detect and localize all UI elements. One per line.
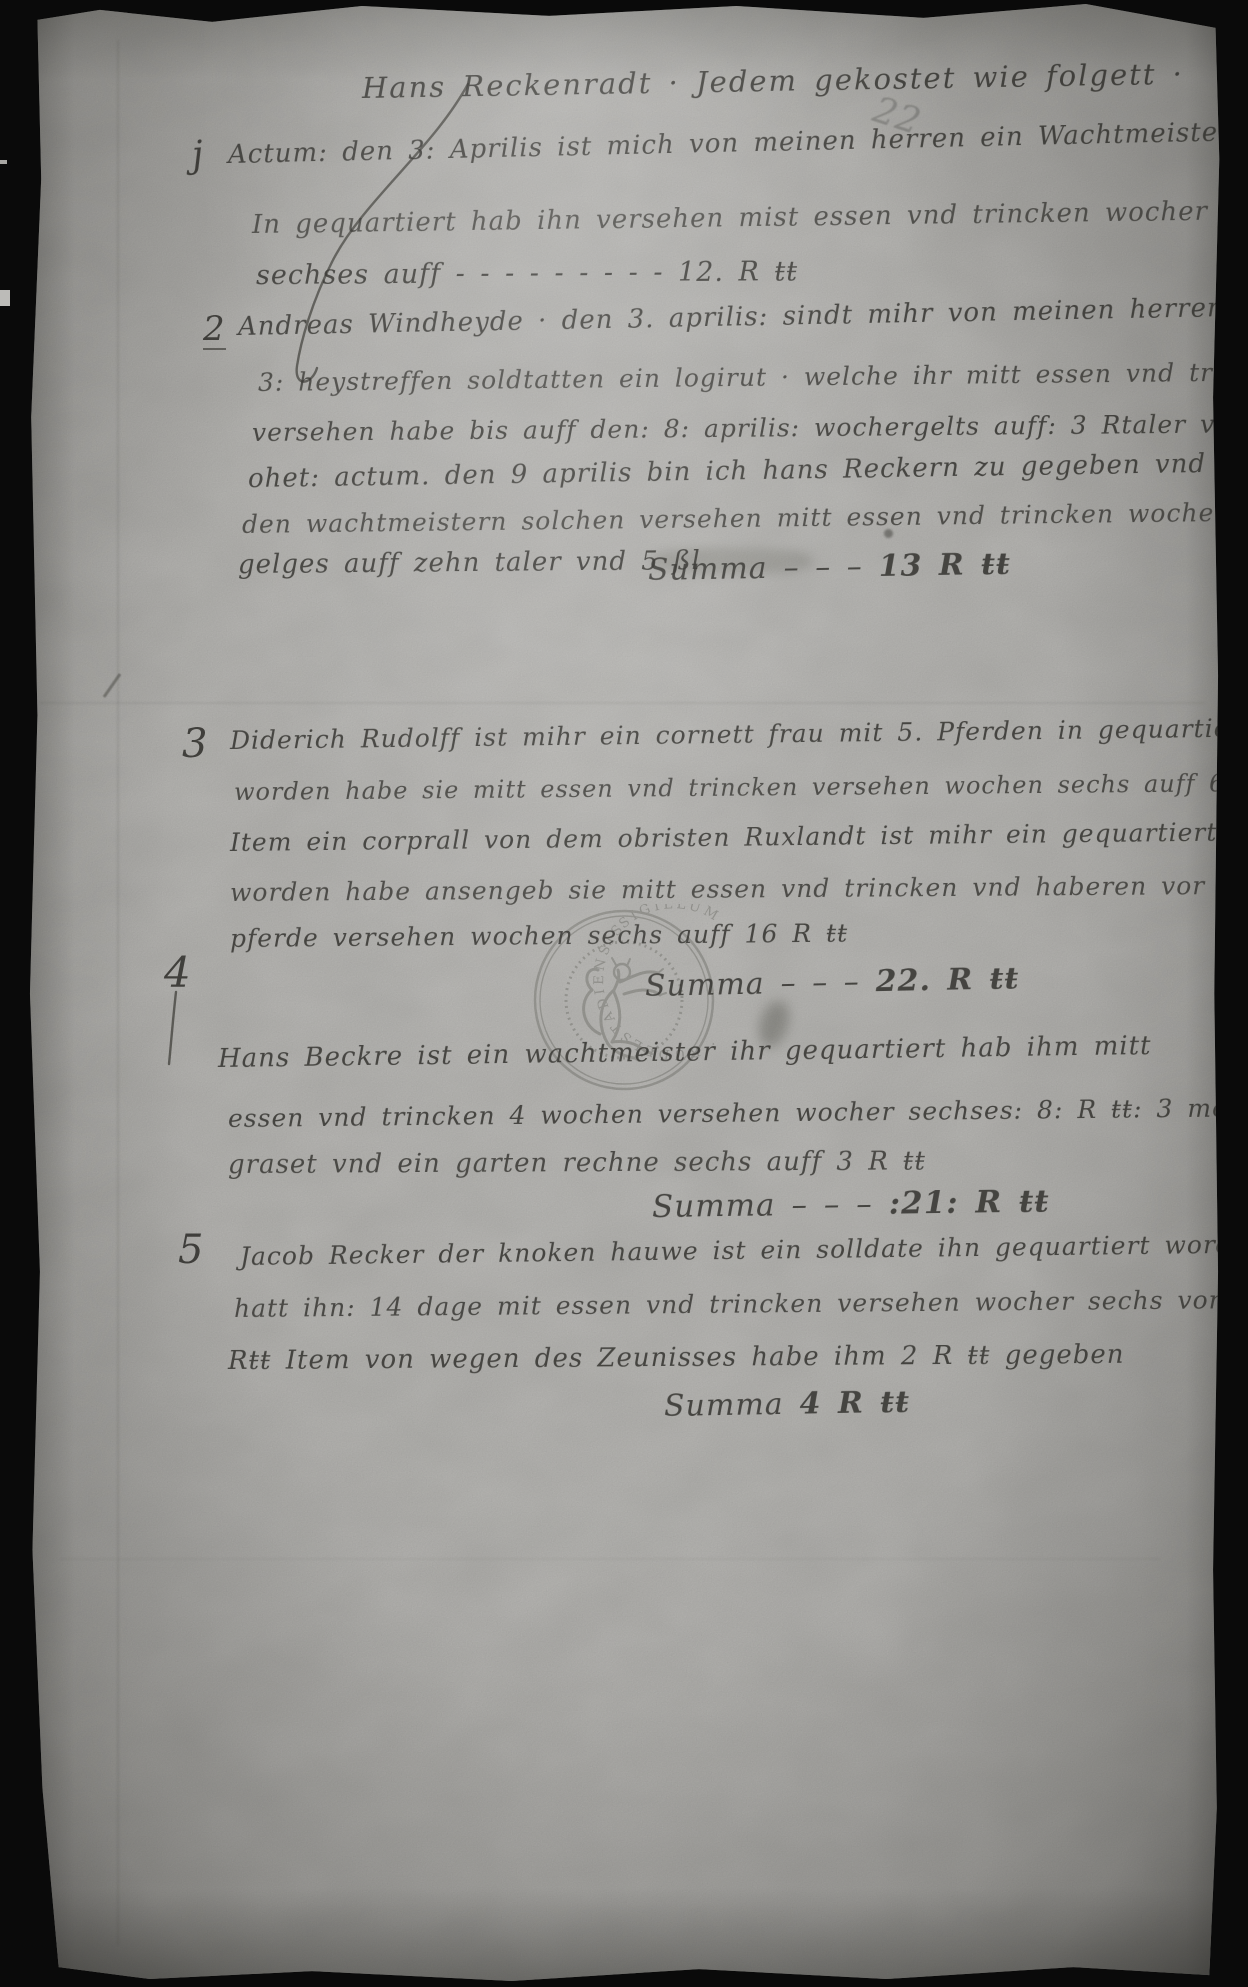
summa-dashes: – – – [783,552,863,583]
summa-dashes: – – – [780,968,860,1000]
vertical-fold-crease [117,40,119,1945]
entry-5-summa: Summa 4 R ŧŧ [664,1388,911,1422]
summa-amount: 4 R ŧŧ [799,1388,910,1420]
summa-label: Summa [652,1190,776,1223]
entry-2-line-4: ohet: actum. den 9 aprilis bin ich hans … [248,450,1248,492]
entry-2-line-3: versehen habe bis auff den: 8: aprilis: … [252,411,1248,445]
scanned-manuscript-page: SIGILLUM · CIVITATIS · RUDELSTADIENSIS · [0,0,1248,1987]
marker-4-descender [169,992,176,1064]
faint-crease [60,1558,1160,1560]
entry-3-line-4: worden habe ansengeb sie mitt essen vnd … [230,873,1236,905]
summa-label: Summa [645,969,765,1001]
entry-4-line-1: Hans Beckre ist ein wachtmeister ihr geq… [218,1033,1152,1072]
entry-2-marker: 2 [203,312,226,350]
entry-3-line-5: pferde versehen wochen sechs auff 16 R ŧ… [230,921,848,951]
entry-1-line-2: In gequartiert hab ihn versehen mist ess… [252,199,1208,238]
entry-1-line-3: sechses auff - - - - - - - - - 12. R ŧŧ [256,258,798,289]
entry-4-summa: Summa – – – :21: R ŧŧ [652,1186,1050,1223]
entry-5-line-1: Jacob Recker der knoken hauwe ist ein so… [240,1231,1248,1269]
summa-dashes: – – – [791,1189,873,1221]
entry-1-line-1: Actum: den 3: Aprilis ist mich von meine… [228,119,1232,168]
entry-4-marker: 4 [164,952,192,994]
entry-3-line-2: worden habe sie mitt essen vnd trincken … [234,771,1248,804]
entry-2-line-5: den wachtmeistern solchen versehen mitt … [242,500,1228,537]
summa-label: Summa [648,554,768,586]
summa-amount: 13 R ŧŧ [878,550,1011,582]
entry-3-summa: Summa – – – 22. R ŧŧ [645,964,1020,1002]
paper-sheet: SIGILLUM · CIVITATIS · RUDELSTADIENSIS · [0,0,1248,1987]
entry-5-line-2: hatt ihn: 14 dage mit essen vnd trincken… [234,1287,1248,1321]
entry-5-marker: 5 [178,1230,204,1270]
summa-amount: 22. R ŧŧ [875,964,1019,997]
entry-3-line-3: Item ein corprall von dem obristen Ruxla… [230,820,1229,855]
entry-4-line-2: essen vnd trincken 4 wochen versehen woc… [228,1095,1248,1131]
entry-2-line-6: gelges auff zehn taler vnd 5 ßl [238,548,701,578]
entry-2-line-1: Andreas Windheyde · den 3. aprilis: sind… [238,295,1225,340]
entry-2-summa: Summa – – – 13 R ŧŧ [648,550,1011,586]
entry-5-line-3: Rŧŧ Item von wegen des Zeunisses habe ih… [228,1342,1125,1374]
summa-label: Summa [664,1390,784,1422]
entry-1-marker: j [191,137,206,174]
entry-4-line-3: graset vnd ein garten rechne sechs auff … [228,1148,926,1178]
summa-amount: :21: R ŧŧ [888,1186,1049,1219]
page-heading: Hans Reckenradt · Jedem gekostet wie fol… [362,60,1184,103]
scan-artifact [0,160,7,164]
entry-3-line-1: Diderich Rudolff ist mihr ein cornett fr… [230,715,1248,753]
entry-2-line-2: 3: heystreffen soldtatten ein logirut · … [258,359,1248,395]
entry-3-marker: 3 [182,724,208,764]
scan-artifact [0,290,10,306]
horizontal-fold-crease [40,702,1205,704]
